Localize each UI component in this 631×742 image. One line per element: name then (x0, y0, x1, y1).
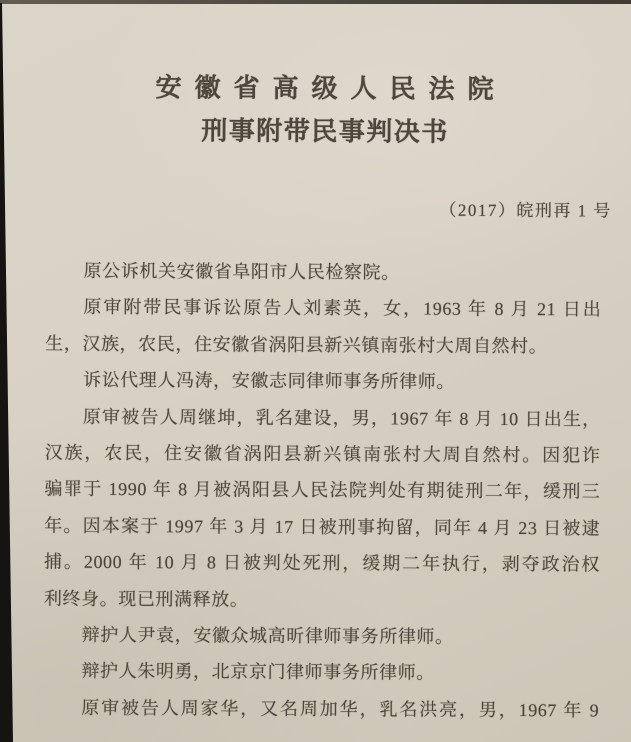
body-line: 辩护人朱明勇，北京京门律师事务所律师。 (43, 653, 599, 692)
body-line: 骗罪于 1990 年 8 月被涡阳县人民法院判处有期徒刑二年，缓刑三 (44, 471, 600, 510)
document-header: 安徽省高级人民法院 刑事附带民事判决书 (46, 67, 602, 156)
document-type-title: 刑事附带民事判决书 (46, 109, 604, 156)
body-line: 辩护人尹袁，安徽众城高昕律师事务所律师。 (44, 617, 600, 656)
body-line: 生，汉族，农民，住安徽省涡阳县新兴镇南张村大周自然村。 (45, 325, 601, 364)
body-line: 汉族，农民，住安徽省涡阳县新兴镇南张村大周自然村。因犯诈 (45, 435, 601, 474)
court-name: 安徽省高级人民法院 (46, 67, 615, 112)
body-line: 原审被告人周家华，又名周加华，乳名洪亮，男，1967 年 9 (43, 689, 599, 728)
body-line: 原审附带民事诉讼原告人刘素英，女，1963 年 8 月 21 日出 (45, 289, 601, 328)
body-line: 利终身。现已刑满释放。 (44, 580, 600, 619)
document-page: 安徽省高级人民法院 刑事附带民事判决书 （2017）皖刑再 1 号 原公诉机关安… (0, 0, 631, 742)
case-number: （2017）皖刑再 1 号 (439, 196, 612, 222)
document-body: 原公诉机关安徽省阜阳市人民检察院。 原审附带民事诉讼原告人刘素英，女，1963 … (43, 253, 601, 729)
body-line: 诉讼代理人冯涛，安徽志同律师事务所律师。 (45, 362, 601, 401)
body-line: 原公诉机关安徽省阜阳市人民检察院。 (45, 253, 601, 292)
body-line: 捕。2000 年 10 月 8 日被判处死刑，缓期二年执行，剥夺政治权 (44, 544, 600, 583)
body-line: 年。因本案于 1997 年 3 月 17 日被刑事拘留，同年 4 月 23 日被… (44, 507, 600, 546)
judgment-document-photo: 安徽省高级人民法院 刑事附带民事判决书 （2017）皖刑再 1 号 原公诉机关安… (0, 0, 631, 742)
body-line: 原审被告人周继坤，乳名建设，男，1967 年 8 月 10 日出生， (45, 398, 601, 437)
